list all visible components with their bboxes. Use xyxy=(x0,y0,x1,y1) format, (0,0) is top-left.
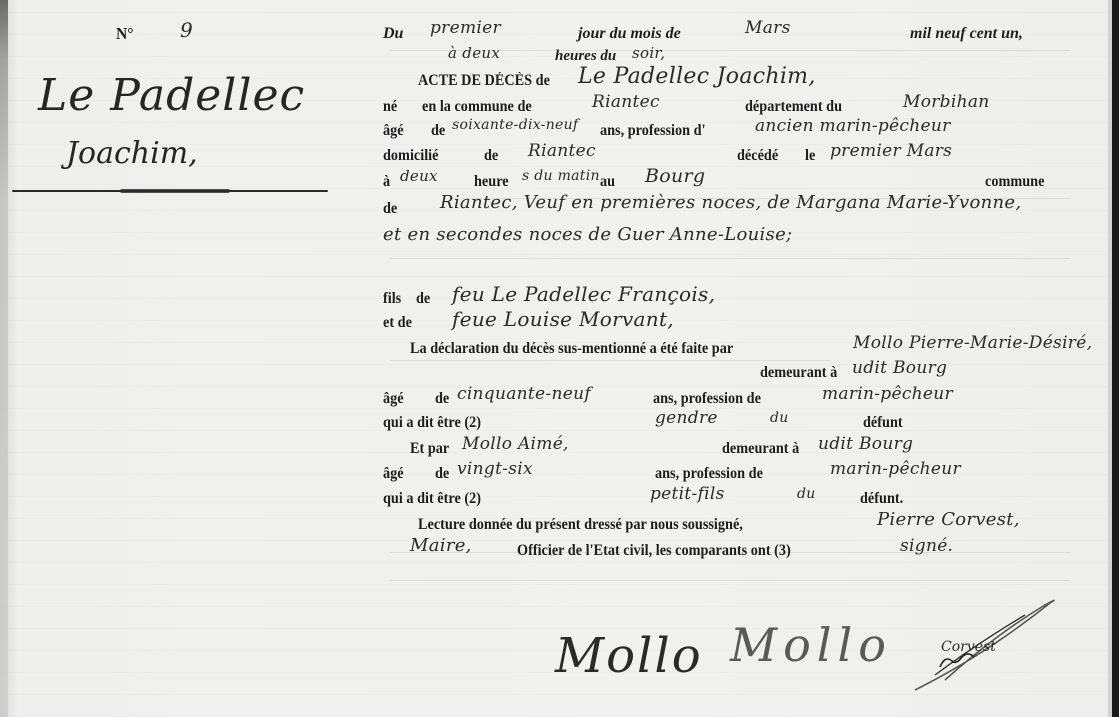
l8-text: Riantec, Veuf en premières noces, de Mar… xyxy=(440,192,1021,213)
l3-name: Le Padellec Joachim, xyxy=(578,64,816,89)
l16-label: Et par xyxy=(410,440,449,458)
l2-period: soir, xyxy=(632,44,665,62)
l10-label: fils xyxy=(383,290,401,308)
l19-officer: Pierre Corvest, xyxy=(877,509,1020,530)
l18-relation: petit-fils xyxy=(650,484,725,504)
l14-profession: marin-pêcheur xyxy=(822,384,953,404)
l6-label: domicilié xyxy=(383,147,438,165)
l5-label: âgé xyxy=(383,122,404,140)
l4-commune: Riantec xyxy=(592,92,660,112)
l14-mid: ans, profession de xyxy=(653,390,761,408)
l12-text: La déclaration du décès sus-mentionné a … xyxy=(410,340,733,358)
l5-de: de xyxy=(431,122,445,140)
margin-underline-thick xyxy=(120,189,230,193)
l4-dept: Morbihan xyxy=(903,92,990,112)
l14-de: de xyxy=(435,390,449,408)
l6-le: le xyxy=(805,147,815,165)
l6-date: premier Mars xyxy=(830,141,952,161)
page-right-edge xyxy=(1112,0,1119,717)
l20-signed: signé. xyxy=(900,536,953,556)
page-left-shadow xyxy=(0,0,8,717)
l4-label: né xyxy=(383,98,397,116)
l16-place: udit Bourg xyxy=(818,434,913,454)
l1-year: mil neuf cent un, xyxy=(910,25,1023,43)
l17-age: vingt-six xyxy=(457,459,533,479)
l15-du: du xyxy=(770,410,789,426)
l20-title: Maire, xyxy=(410,535,472,556)
l6-de: de xyxy=(484,147,498,165)
l17-profession: marin-pêcheur xyxy=(830,459,961,479)
signature-mollo-1: Mollo xyxy=(555,628,703,684)
l18-defunt: défunt. xyxy=(860,490,903,508)
l7-au: au xyxy=(600,173,615,191)
l13-place: udit Bourg xyxy=(852,358,947,378)
l12-declarant: Mollo Pierre-Marie-Désiré, xyxy=(853,333,1092,353)
l17-label: âgé xyxy=(383,465,404,483)
l6-place: Riantec xyxy=(528,141,596,161)
l10-de: de xyxy=(416,290,430,308)
l14-label: âgé xyxy=(383,390,404,408)
l17-mid: ans, profession de xyxy=(655,465,763,483)
ruling-line xyxy=(390,360,830,361)
l7-place: Bourg xyxy=(645,165,705,187)
l16-declarant: Mollo Aimé, xyxy=(462,434,569,454)
l13-label: demeurant à xyxy=(760,364,837,382)
l3-title: ACTE DE DÉCÈS de xyxy=(418,72,550,90)
l19-text: Lecture donnée du présent dressé par nou… xyxy=(418,516,743,534)
l5-age: soixante-dix-neuf xyxy=(452,117,578,133)
l1-day: premier xyxy=(430,18,501,38)
l5-mid: ans, profession d' xyxy=(600,122,706,140)
l9-text: et en secondes noces de Guer Anne-Louise… xyxy=(383,224,792,245)
document-page: N° 9 Le Padellec Joachim, Du premier jou… xyxy=(0,0,1112,717)
l7-heure: heure xyxy=(474,173,509,191)
margin-surname: Le Padellec xyxy=(38,70,305,121)
l8-de: de xyxy=(383,200,397,218)
l7-hour: deux xyxy=(400,167,438,185)
l15-label: qui a dit être (2) xyxy=(383,414,481,432)
l6-deceased-label: décédé xyxy=(737,147,778,165)
signature-mollo-2: Mollo xyxy=(730,618,892,672)
l5-profession: ancien marin-pêcheur xyxy=(755,116,951,136)
ruling-line xyxy=(390,580,1070,581)
l7-commune-label: commune xyxy=(985,173,1044,191)
l1-mid: jour du mois de xyxy=(578,25,681,43)
l11-label: et de xyxy=(383,314,412,332)
l7-a: à xyxy=(383,173,390,191)
l2-mid: heures du xyxy=(555,48,616,65)
l18-du: du xyxy=(797,486,816,502)
l7-period: s du matin xyxy=(522,168,600,184)
l20-text: Officier de l'Etat civil, les comparants… xyxy=(517,542,791,560)
l11-mother: feue Louise Morvant, xyxy=(452,307,674,331)
act-number-value: 9 xyxy=(180,18,193,42)
l1-prefix: Du xyxy=(383,25,403,43)
signature-corvest-text: Corvest xyxy=(941,639,996,655)
l15-relation: gendre xyxy=(655,408,718,428)
l2-hour: à deux xyxy=(448,44,500,62)
l10-father: feu Le Padellec François, xyxy=(452,282,715,306)
l4-mid: en la commune de xyxy=(422,98,532,116)
l15-defunt: défunt xyxy=(863,414,903,432)
l17-de: de xyxy=(435,465,449,483)
l18-label: qui a dit être (2) xyxy=(383,490,481,508)
margin-given-name: Joachim, xyxy=(66,136,198,171)
ruling-line xyxy=(390,258,1070,259)
act-number-label: N° xyxy=(116,24,134,44)
signature-corvest: Corvest xyxy=(905,595,1065,695)
l16-dem: demeurant à xyxy=(722,440,799,458)
l1-month: Mars xyxy=(745,18,791,38)
l4-dept-label: département du xyxy=(745,98,842,116)
l14-age: cinquante-neuf xyxy=(457,384,591,404)
